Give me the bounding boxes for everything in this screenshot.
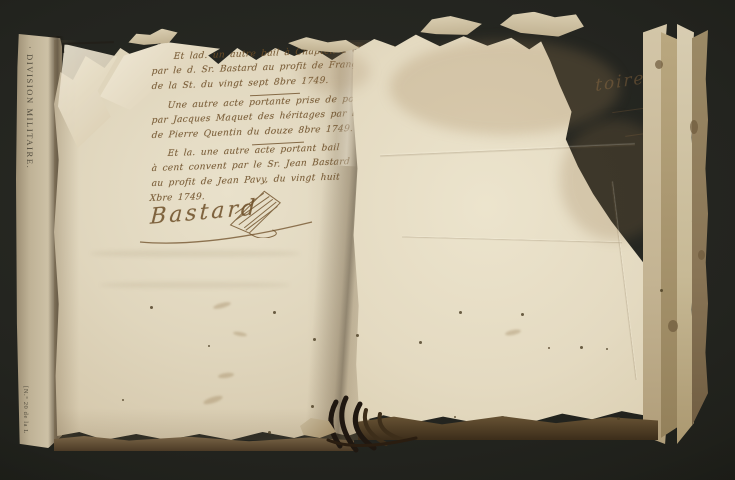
ink-speck <box>268 431 271 434</box>
signature-underline-flourish-icon <box>136 216 318 246</box>
page-edge-strip <box>677 24 694 444</box>
ink-speck <box>521 313 524 316</box>
ink-speck <box>660 289 663 292</box>
ink-speck <box>454 416 456 418</box>
ink-speck <box>273 311 276 314</box>
ink-speck <box>150 306 153 309</box>
curled-torn-paper <box>316 394 431 454</box>
torn-paper-fragment <box>500 11 585 38</box>
edge-blotch <box>690 120 698 134</box>
page-edge-strip <box>692 30 708 438</box>
edge-blotch <box>655 60 663 69</box>
printed-rule-fragment <box>62 41 114 53</box>
ink-speck <box>617 417 620 420</box>
spine-label-catalogue-number: [N.° 20 de la L <box>22 386 29 434</box>
edge-blotch <box>698 250 705 260</box>
ink-speck <box>459 311 462 314</box>
ink-show-through <box>90 250 300 257</box>
edge-blotch <box>668 320 678 332</box>
torn-paper-fragment <box>419 14 482 38</box>
ink-speck <box>548 347 550 349</box>
ink-speck <box>580 346 583 349</box>
spine-label-division-militaire: · DIVISION MILITAIRE. <box>25 46 35 169</box>
ink-speck <box>208 345 210 347</box>
ink-speck <box>356 334 359 337</box>
ink-speck <box>311 405 314 408</box>
ink-speck <box>313 338 316 341</box>
bottom-page-edges <box>54 436 354 451</box>
ink-show-through <box>100 282 290 288</box>
ink-speck <box>606 348 608 350</box>
ink-speck <box>122 399 124 401</box>
ink-speck <box>419 341 422 344</box>
archival-photo: · DIVISION MILITAIRE. [N.° 20 de la L Et… <box>0 0 735 480</box>
